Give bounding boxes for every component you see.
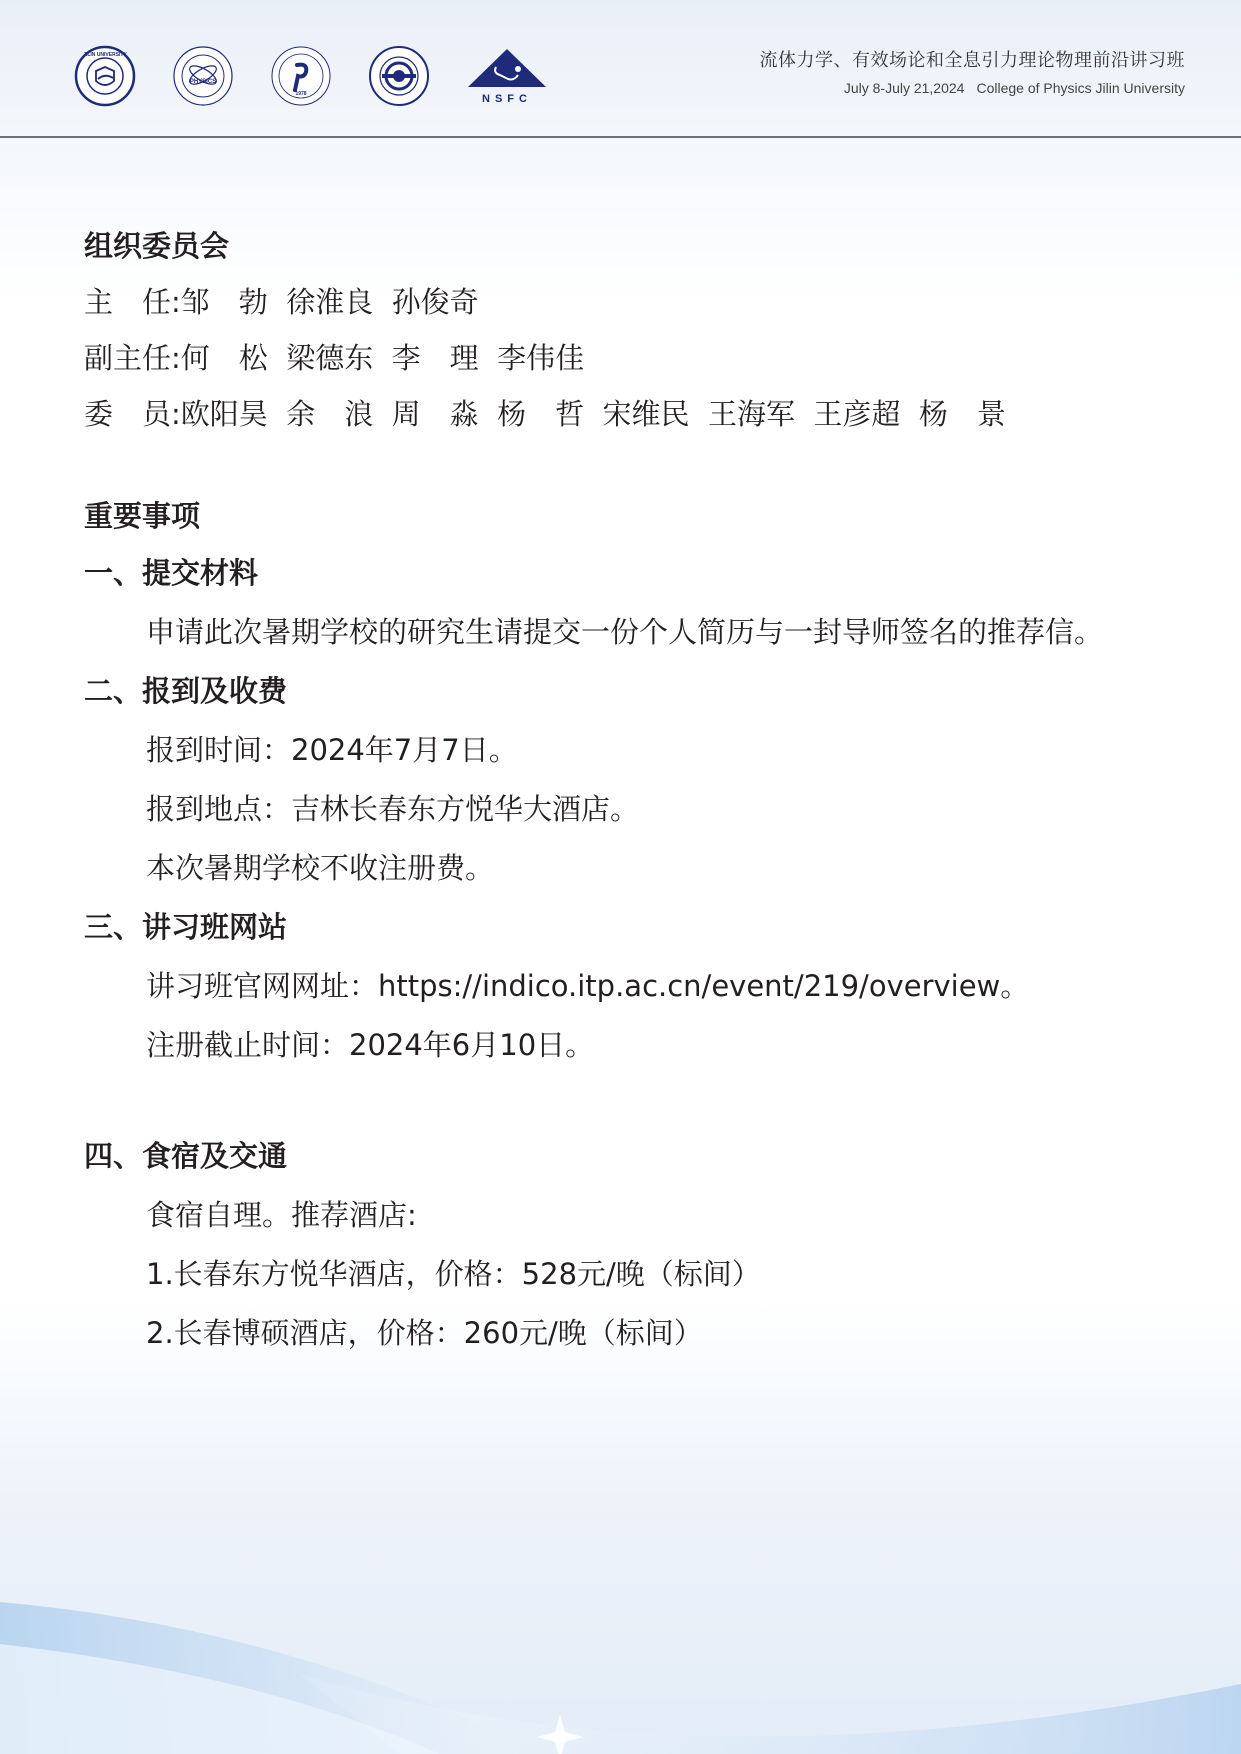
notes-heading: 重要事项 bbox=[84, 488, 1184, 544]
section-line: 注册截止时间：2024年6月10日。 bbox=[84, 1016, 1184, 1075]
committee-label: 委 员: bbox=[84, 397, 181, 431]
section-line: 报到时间：2024年7月7日。 bbox=[84, 721, 1184, 780]
section-title-website: 三、讲习班网站 bbox=[84, 898, 1184, 957]
section-title-materials: 一、提交材料 bbox=[84, 544, 1184, 603]
committee-heading: 组织委员会 bbox=[84, 218, 1184, 274]
college-of-physics-jilin-logo: PHYSICS bbox=[172, 45, 234, 107]
svg-text:1978: 1978 bbox=[295, 91, 306, 97]
nsfc-logo: NSFC bbox=[466, 47, 548, 105]
jilin-university-logo: JILIN UNIVERSITY bbox=[74, 45, 136, 107]
event-organizer: College of Physics Jilin University bbox=[976, 80, 1185, 96]
event-subtitle: July 8-July 21,2024College of Physics Ji… bbox=[760, 80, 1186, 96]
section-line: 报到地点：吉林长春东方悦华大酒店。 bbox=[84, 780, 1184, 839]
event-title-block: 流体力学、有效场论和全息引力理论物理前沿讲习班 July 8-July 21,2… bbox=[760, 46, 1186, 96]
page-header: JILIN UNIVERSITY PHYSICS 1978 NSFC 流体力学、… bbox=[0, 0, 1241, 136]
dalian-university-of-technology-logo bbox=[368, 45, 430, 107]
hotel-item: 2.长春博硕酒店，价格：260元/晚（标间） bbox=[84, 1304, 1184, 1363]
committee-names: 欧阳昊 余 浪 周 淼 杨 哲 宋维民 王海军 王彦超 杨 景 bbox=[181, 397, 1006, 431]
document-body: 组织委员会 主 任:邹 勃 徐淮良 孙俊奇 副主任:何 松 梁德东 李 理 李伟… bbox=[84, 218, 1184, 1363]
committee-names: 邹 勃 徐淮良 孙俊奇 bbox=[181, 285, 479, 319]
svg-text:PHYSICS: PHYSICS bbox=[190, 79, 216, 85]
event-title: 流体力学、有效场论和全息引力理论物理前沿讲习班 bbox=[760, 46, 1186, 72]
logo-row: JILIN UNIVERSITY PHYSICS 1978 NSFC bbox=[74, 45, 584, 107]
svg-text:NSFC: NSFC bbox=[482, 93, 532, 105]
decorative-wave bbox=[0, 1494, 1241, 1754]
section-line: 食宿自理。推荐酒店: bbox=[84, 1186, 1184, 1245]
committee-names: 何 松 梁德东 李 理 李伟佳 bbox=[181, 341, 584, 375]
committee-row-members: 委 员:欧阳昊 余 浪 周 淼 杨 哲 宋维民 王海军 王彦超 杨 景 bbox=[84, 386, 1184, 442]
svg-text:JILIN UNIVERSITY: JILIN UNIVERSITY bbox=[83, 52, 127, 58]
itp-cas-logo: 1978 bbox=[270, 45, 332, 107]
header-divider bbox=[0, 136, 1241, 138]
section-line: 申请此次暑期学校的研究生请提交一份个人简历与一封导师签名的推荐信。 bbox=[84, 603, 1184, 662]
committee-row-vice-chair: 副主任:何 松 梁德东 李 理 李伟佳 bbox=[84, 330, 1184, 386]
committee-label: 主 任: bbox=[84, 285, 181, 319]
website-url-line[interactable]: 讲习班官网网址：https://indico.itp.ac.cn/event/2… bbox=[84, 957, 1184, 1016]
hotel-item: 1.长春东方悦华酒店，价格：528元/晚（标间） bbox=[84, 1245, 1184, 1304]
committee-label: 副主任: bbox=[84, 341, 181, 375]
committee-row-chair: 主 任:邹 勃 徐淮良 孙俊奇 bbox=[84, 274, 1184, 330]
section-title-accommodation: 四、食宿及交通 bbox=[84, 1127, 1184, 1186]
section-title-registration: 二、报到及收费 bbox=[84, 662, 1184, 721]
section-line: 本次暑期学校不收注册费。 bbox=[84, 839, 1184, 898]
event-date: July 8-July 21,2024 bbox=[844, 80, 965, 96]
